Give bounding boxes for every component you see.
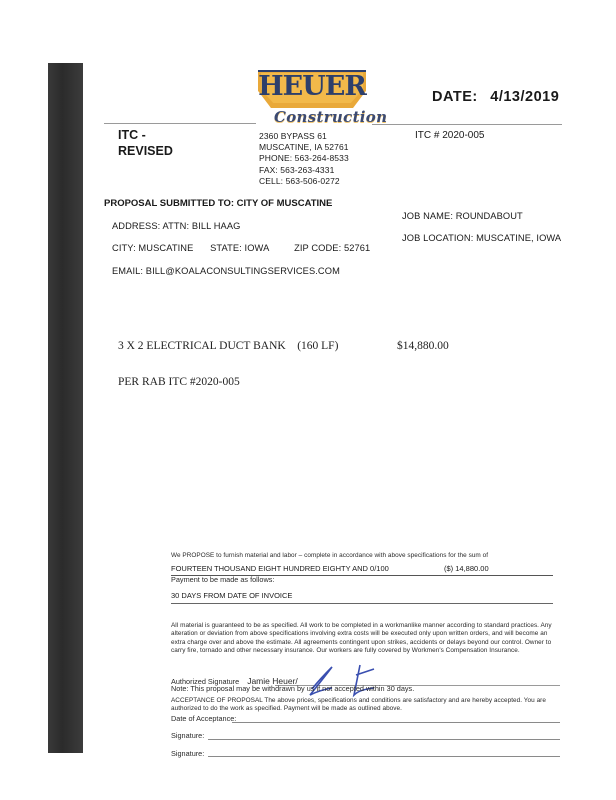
line-item-description: 3 X 2 ELECTRICAL DUCT BANK (160 LF) [118, 340, 338, 352]
amount-number: ($) 14,880.00 [444, 564, 489, 573]
logo-wordmark: HEUER [258, 71, 366, 103]
itc-number: ITC # 2020-005 [415, 130, 485, 141]
signature-line-2[interactable] [208, 755, 560, 757]
payment-terms: 30 DAYS FROM DATE OF INVOICE [171, 591, 292, 600]
company-logo: HEUER Construction [258, 70, 370, 132]
date-label: DATE: [432, 89, 478, 105]
date-of-acceptance-line[interactable] [232, 721, 560, 723]
company-city: MUSCATINE, IA 52761 [259, 142, 349, 153]
scan-edge-bar [48, 63, 83, 753]
company-street: 2360 BYPASS 61 [259, 131, 349, 142]
itc-revised-label: ITC - REVISED [118, 127, 173, 159]
recipient-city: CITY: MUSCATINE [112, 243, 193, 253]
job-name: JOB NAME: ROUNDABOUT [402, 211, 523, 221]
acceptance-text: ACCEPTANCE OF PROPOSAL The above prices,… [171, 697, 563, 714]
company-phone: PHONE: 563-264-8533 [259, 153, 349, 164]
amount-in-words: FOURTEEN THOUSAND EIGHT HUNDRED EIGHTY A… [171, 564, 389, 573]
withdrawal-note: Note: This proposal may be withdrawn by … [171, 684, 414, 693]
header-rule-right [372, 124, 562, 125]
date-of-acceptance-label: Date of Acceptance: [171, 714, 236, 723]
reference-note: PER RAB ITC #2020-005 [118, 376, 240, 388]
company-cell: CELL: 563-506-0272 [259, 176, 349, 187]
signature-line-1[interactable] [208, 738, 560, 740]
proposal-submitted-to: PROPOSAL SUBMITTED TO: CITY OF MUSCATINE [104, 198, 332, 209]
recipient-zip: ZIP CODE: 52761 [294, 243, 370, 253]
line-item-price: $14,880.00 [397, 340, 449, 352]
handwritten-signature [292, 661, 382, 701]
header-rule-left [104, 123, 256, 124]
guarantee-text: All material is guaranteed to be as spec… [171, 622, 561, 655]
logo-subtitle: Construction [274, 108, 370, 126]
document-date: DATE: 4/13/2019 [432, 89, 559, 105]
signature-label-1: Signature: [171, 731, 204, 740]
itc-label-line2: REVISED [118, 143, 173, 159]
recipient-city-state-zip: CITY: MUSCATINE STATE: IOWA ZIP CODE: 52… [112, 243, 370, 253]
recipient-address: ADDRESS: ATTN: BILL HAAG [112, 221, 240, 231]
company-address-block: 2360 BYPASS 61 MUSCATINE, IA 52761 PHONE… [259, 131, 349, 187]
propose-statement: We PROPOSE to furnish material and labor… [171, 552, 488, 560]
company-fax: FAX: 563-263-4331 [259, 165, 349, 176]
payment-label: Payment to be made as follows: [171, 575, 274, 584]
signature-label-2: Signature: [171, 749, 204, 758]
job-location: JOB LOCATION: MUSCATINE, IOWA [402, 233, 561, 243]
recipient-state: STATE: IOWA [210, 243, 269, 253]
date-value: 4/13/2019 [490, 89, 559, 105]
recipient-email: EMAIL: BILL@KOALACONSULTINGSERVICES.COM [112, 266, 340, 276]
itc-label-line1: ITC - [118, 127, 173, 143]
